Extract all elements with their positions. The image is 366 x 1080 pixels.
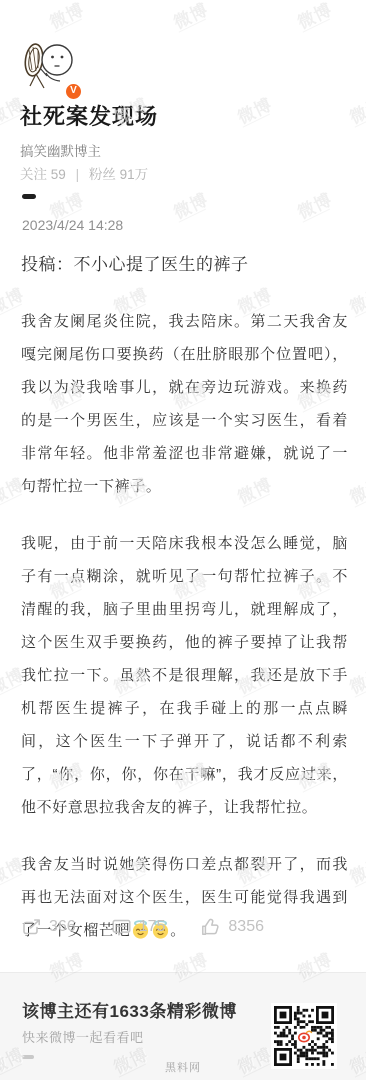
comment-count: 175	[139, 918, 166, 936]
engagement-bar: 366 175 8356	[22, 918, 264, 936]
follow-label: 关注	[20, 167, 47, 182]
like-button[interactable]: 8356	[201, 918, 264, 936]
footer-dash	[22, 1055, 34, 1059]
profile-stats: 关注 59 | 粉丝 91万	[20, 163, 148, 183]
profile-name[interactable]: 社死案发现场	[20, 100, 158, 131]
thumbs-up-icon	[201, 918, 220, 936]
profile-description: 搞笑幽默博主	[20, 140, 101, 160]
post-body: 我舍友阑尾炎住院，我去陪床。第二天我舍友嘎完阑尾伤口要换药（在肚脐眼那个位置吧）…	[21, 305, 348, 947]
share-count: 366	[49, 918, 76, 936]
footer-subline: 快来微博一起看看吧	[22, 1027, 144, 1046]
weibo-post-screenshot: 微博微博微博微博微博微博微博微博微博微博微博微博微博微博微博微博微博微博微博微博…	[0, 0, 366, 1080]
fans-label: 粉丝	[89, 167, 116, 182]
site-watermark: 黑料网	[165, 1059, 201, 1075]
post-date: 2023/4/24 14:28	[22, 217, 123, 233]
fans-count: 91万	[120, 167, 149, 182]
comment-button[interactable]: 175	[112, 918, 166, 936]
verified-badge-icon: V	[65, 83, 82, 100]
share-button[interactable]: 366	[22, 918, 76, 936]
paragraph-1: 我舍友阑尾炎住院，我去陪床。第二天我舍友嘎完阑尾伤口要换药（在肚脐眼那个位置吧）…	[21, 305, 348, 503]
follow-count: 59	[51, 167, 66, 182]
avatar[interactable]: V	[20, 38, 78, 96]
post-title: 投稿：不小心提了医生的裤子	[21, 250, 249, 275]
comment-icon	[112, 919, 131, 936]
qr-code	[271, 1003, 337, 1069]
post-main-area: V 社死案发现场 搞笑幽默博主 关注 59 | 粉丝 91万 2023/4/24…	[0, 0, 366, 972]
paragraph-2: 我呢，由于前一天陪床我根本没怎么睡觉，脑子有一点糊涂，就听见了一句帮忙拉裤子。不…	[21, 527, 348, 824]
qr-code-pattern	[271, 1003, 337, 1069]
like-count: 8356	[228, 918, 264, 936]
divider-dash	[22, 194, 36, 199]
footer-headline: 该博主还有1633条精彩微博	[22, 997, 237, 1022]
stats-divider: |	[76, 167, 80, 182]
share-icon	[22, 919, 41, 936]
